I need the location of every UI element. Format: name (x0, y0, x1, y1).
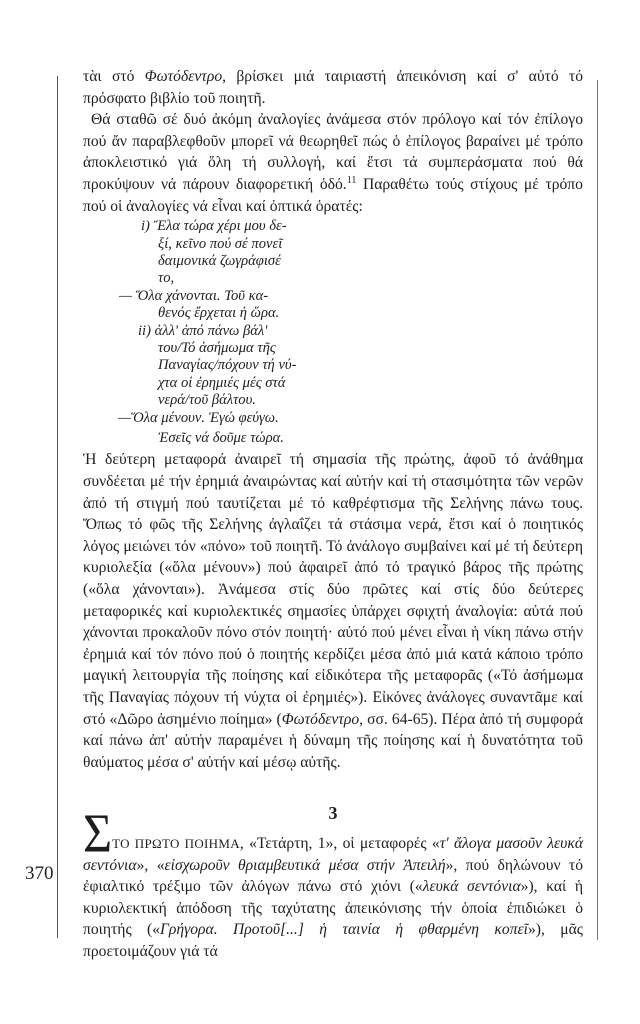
paragraph-continuation: τὰι στό Φωτόδεντρο, βρίσκει μιά ταιριαστ… (83, 66, 583, 109)
paragraph-analysis: Ἡ δεύτερη μεταφορά ἀναιρεῖ τή σημασία τῆ… (83, 449, 583, 773)
paragraph-analogies: Θά σταθῶ σέ δυό ἀκόμη ἀναλογίες ἀνάμεσα … (83, 109, 583, 217)
verse-line: του/Τό ἀσήμωμα τῆς (83, 340, 323, 357)
small-caps-lead: ΤΟ ΠΡΩΤΟ ΠΟΙΗΜΑ (112, 836, 240, 851)
verse-line: Ἐσεῖς νά δοῦμε τώρα. (83, 430, 323, 447)
body-text: τὰι στό Φωτόδεντρο, βρίσκει μιά ταιριαστ… (83, 66, 583, 963)
drop-cap: Σ (83, 816, 112, 849)
verse-line: Παναγίας/πόχουν τή νύ- (83, 357, 323, 374)
verse-line: το, (83, 270, 323, 287)
verse-line: ξί, κεῖνο πού σέ πονεῖ (83, 236, 323, 253)
verse-line: θενός ἔρχεται ἡ ὥρα. (83, 305, 323, 322)
verse-line: —Ὅλα μένουν. Ἐγώ φεύγω. (83, 410, 323, 427)
left-margin-rule (57, 76, 58, 938)
verse-line: i) Ἔλα τώρα χέρι μου δε- (83, 218, 323, 235)
page-number: 370 (25, 863, 54, 885)
book-title: Φωτόδεντρο (145, 68, 222, 85)
footnote-ref[interactable]: 11 (347, 175, 357, 186)
section-3-paragraph: ΣΤΟ ΠΡΩΤΟ ΠΟΙΗΜΑ, «Τετάρτη, 1», οἱ μεταφ… (83, 833, 583, 963)
verse-line: δαιμονικά ζωγράφισέ (83, 253, 323, 270)
section-number: 3 (83, 803, 583, 825)
verse-line: νερά/τοῦ βάλτου. (83, 392, 323, 409)
book-title: Φωτόδεντρο (282, 711, 359, 728)
verse-quotation: i) Ἔλα τώρα χέρι μου δε- ξί, κεῖνο πού σ… (83, 218, 323, 447)
verse-line: ii) ἀλλ' ἀπό πάνω βάλ' (83, 323, 323, 340)
verse-line: — Ὅλα χάνονται. Τοῦ κα- (83, 288, 323, 305)
verse-line: χτα οἱ ἐρημιές μές στά (83, 375, 323, 392)
right-margin-rule (597, 80, 598, 940)
